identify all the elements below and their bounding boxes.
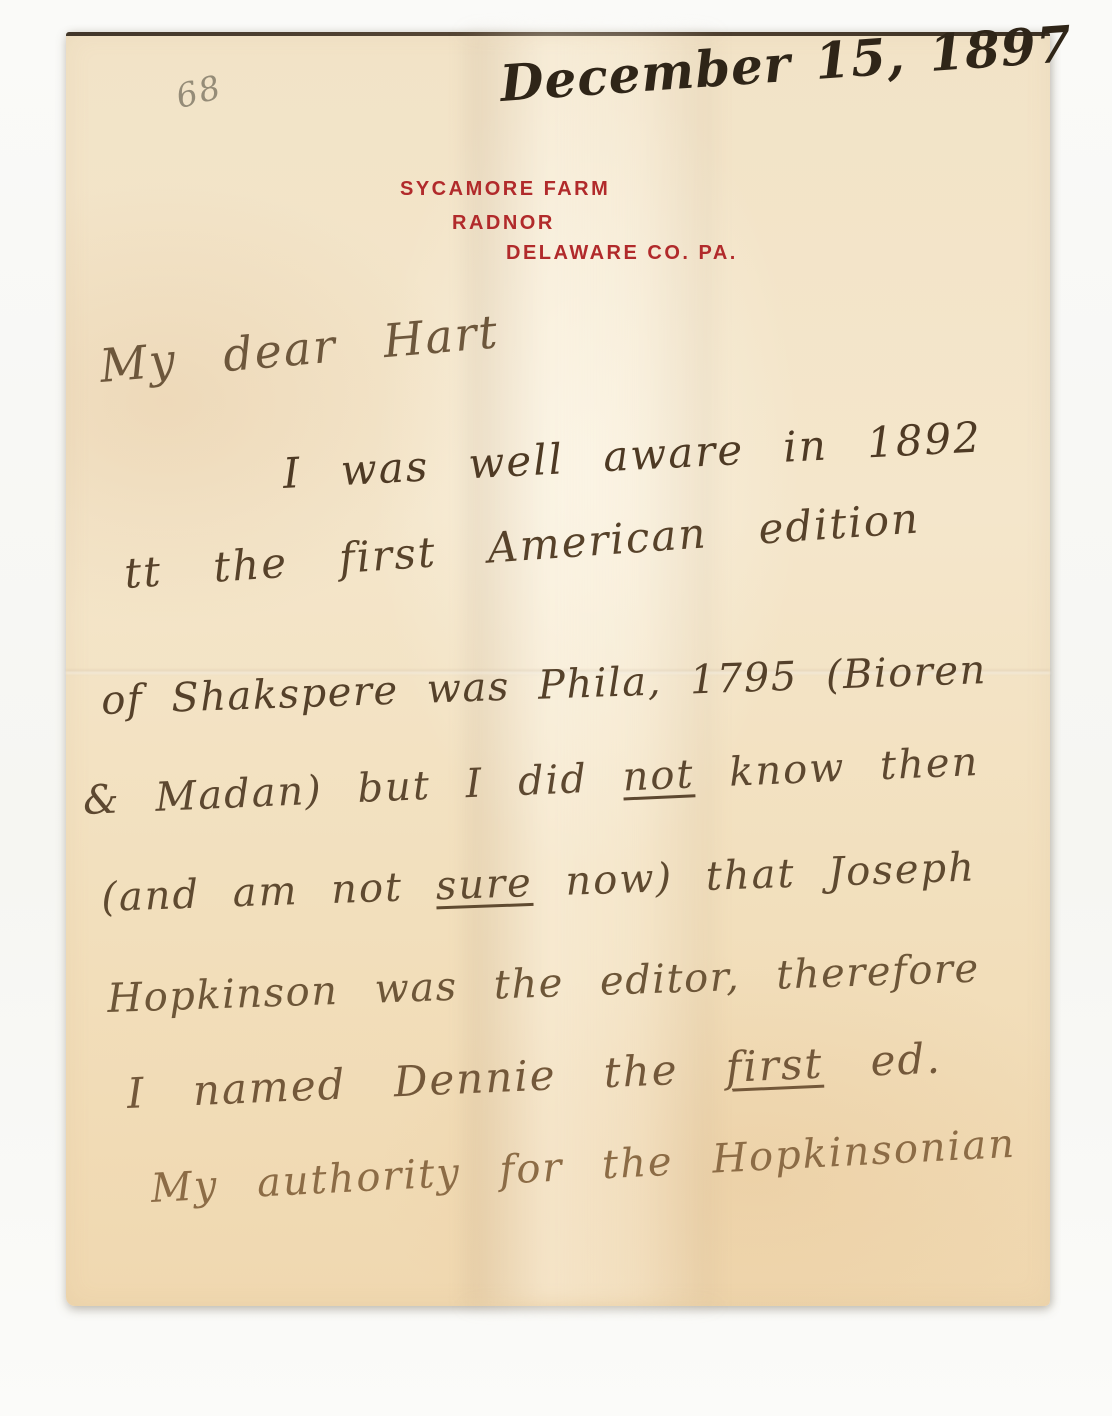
salutation-line: My dear Hart xyxy=(98,307,501,390)
pencil-number: 68 xyxy=(172,67,226,116)
letterhead-line-town: RADNOR xyxy=(452,212,555,235)
letterhead-line-county: DELAWARE CO. PA. xyxy=(506,242,738,265)
letter-paper: 68 December 15, 1897 SYCAMORE FARM RADNO… xyxy=(66,32,1050,1306)
letter-photo: 68 December 15, 1897 SYCAMORE FARM RADNO… xyxy=(0,0,1112,1416)
letterhead-line-farm: SYCAMORE FARM xyxy=(400,178,610,201)
